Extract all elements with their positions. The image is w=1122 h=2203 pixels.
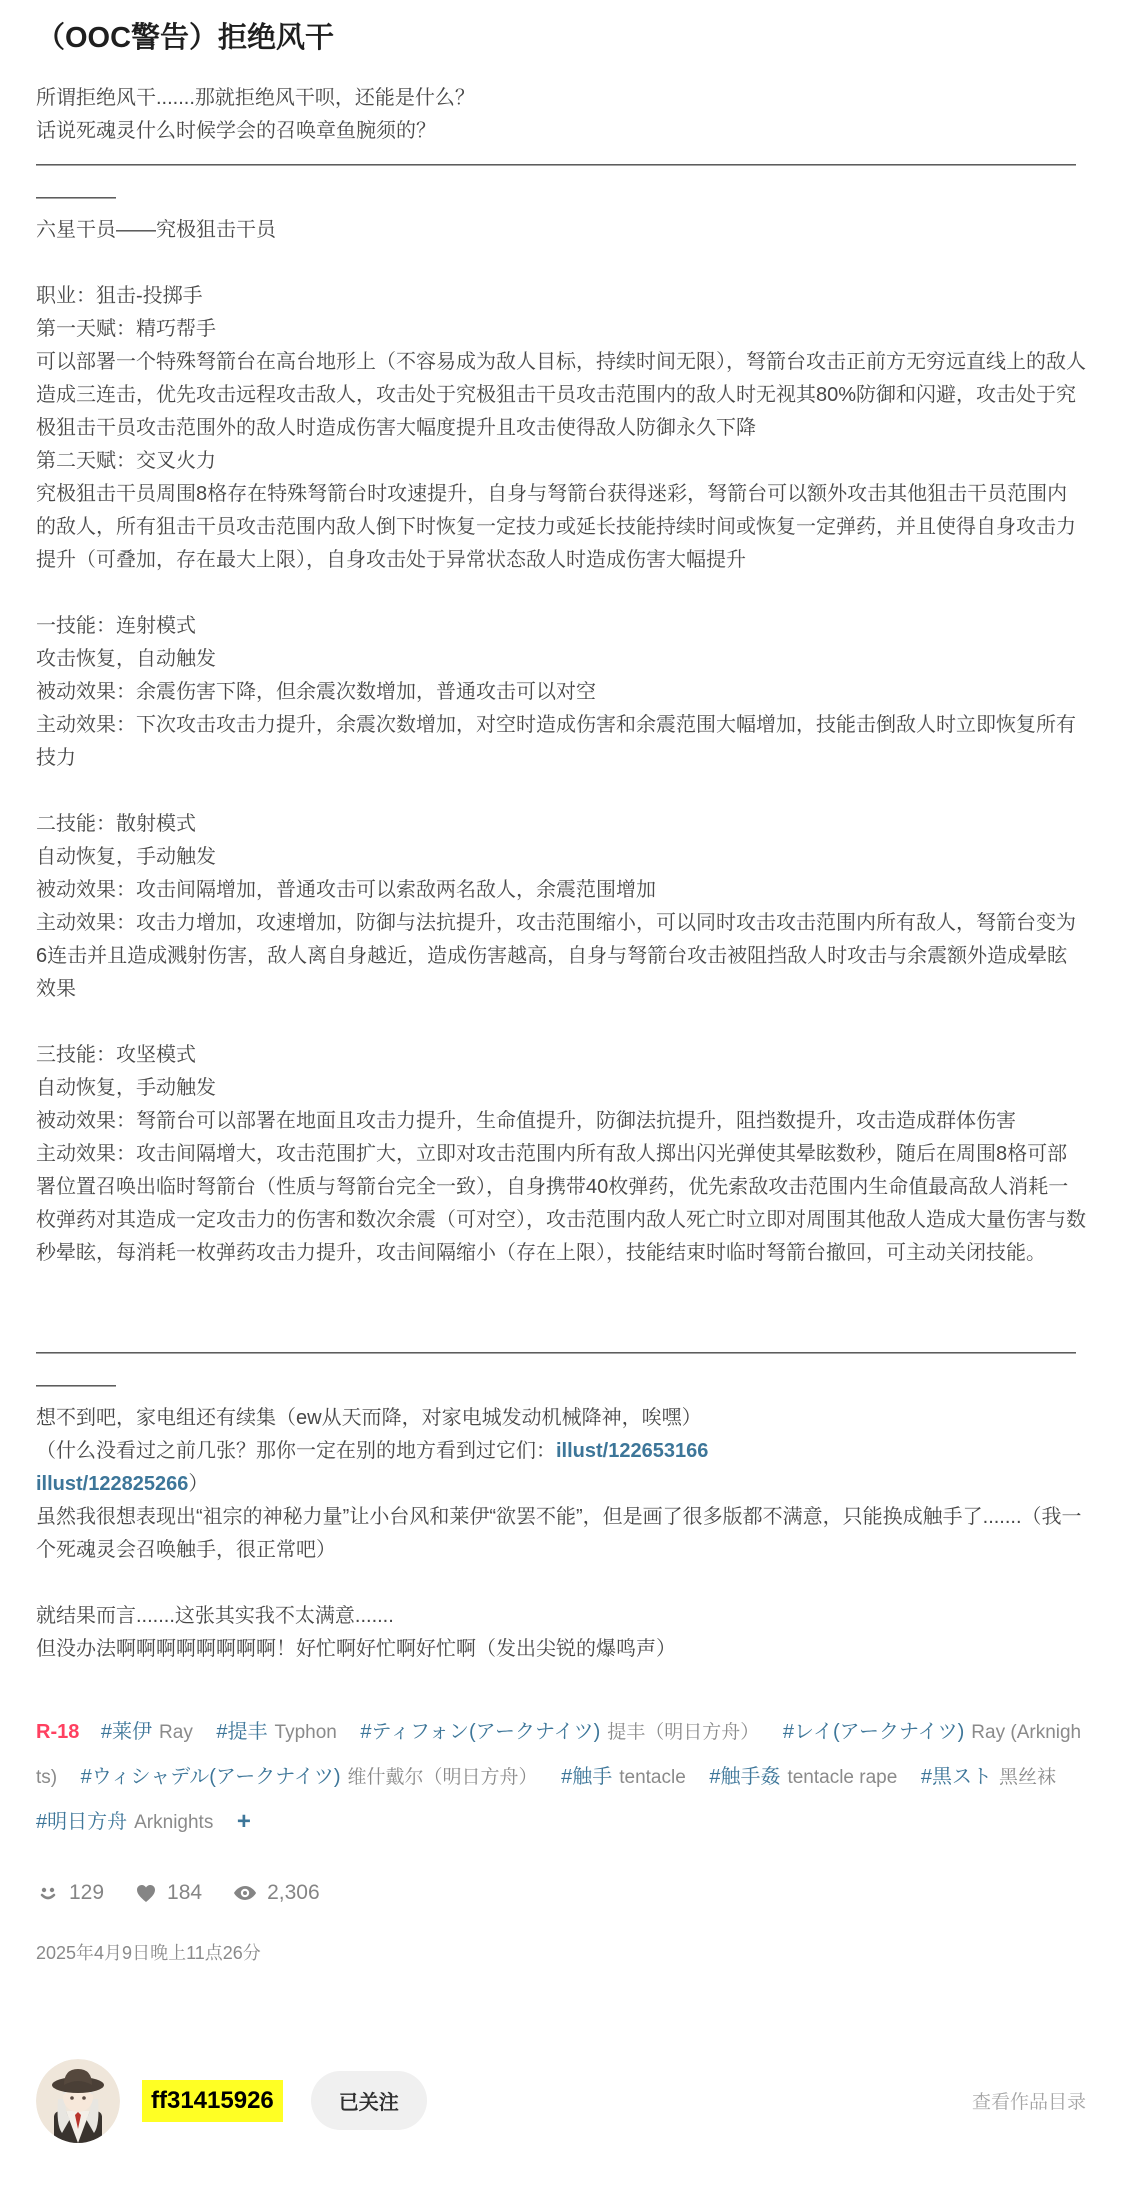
tag-link[interactable]: #レイ(アークナイツ) xyxy=(783,1721,964,1743)
view-works-link[interactable]: 查看作品目录 xyxy=(972,2087,1086,2114)
tag-translation: 维什戴尔（明日方舟） xyxy=(348,1767,538,1788)
tag-list: R-18 #莱伊Ray #提丰Typhon #ティフォン(アークナイツ)提丰（明… xyxy=(36,1710,1086,1845)
bookmarks-stat: 184 xyxy=(134,1881,202,1905)
tag-translation: Arknights xyxy=(134,1812,213,1833)
artwork-title: （OOC警告）拒绝风干 xyxy=(36,20,1086,58)
tag-translation: 提丰（明日方舟） xyxy=(607,1722,759,1743)
tag-translation: tentacle xyxy=(619,1767,686,1788)
illust-link-1[interactable]: illust/122653166 xyxy=(556,1440,708,1462)
artwork-detail-page: （OOC警告）拒绝风干 所谓拒绝风干.......那就拒绝风干呗，还能是什么？ … xyxy=(0,0,1122,2203)
tag-link[interactable]: #触手 xyxy=(561,1766,612,1788)
tag-link[interactable]: #ウィシャデル(アークナイツ) xyxy=(81,1766,341,1788)
tag-item: #明日方舟Arknights xyxy=(36,1811,213,1833)
tag-link[interactable]: #触手姦 xyxy=(709,1766,780,1788)
tag-link[interactable]: #提丰 xyxy=(216,1721,267,1743)
post-date: 2025年4月9日晚上11点26分 xyxy=(36,1939,1086,1965)
likes-stat: 129 xyxy=(36,1881,104,1905)
artwork-description: 所谓拒绝风干.......那就拒绝风干呗，还能是什么？ 话说死魂灵什么时候学会的… xyxy=(36,82,1086,1666)
tag-item: #提丰Typhon xyxy=(216,1721,336,1743)
smiley-like-icon xyxy=(36,1881,60,1905)
tag-link[interactable]: #明日方舟 xyxy=(36,1811,127,1833)
tag-translation: Typhon xyxy=(275,1722,337,1743)
eye-views-icon xyxy=(232,1881,258,1905)
views-stat: 2,306 xyxy=(232,1881,320,1905)
tag-item: #ティフォン(アークナイツ)提丰（明日方舟） xyxy=(360,1721,759,1743)
author-username[interactable]: ff31415926 xyxy=(142,2080,283,2122)
tag-translation: Ray xyxy=(159,1722,193,1743)
tag-item: #触手tentacle xyxy=(561,1766,686,1788)
author-row: ff31415926 已关注 查看作品目录 xyxy=(36,2059,1086,2143)
tag-item: #莱伊Ray xyxy=(101,1721,193,1743)
tag-link[interactable]: #ティフォン(アークナイツ) xyxy=(360,1721,600,1743)
tag-link[interactable]: #莱伊 xyxy=(101,1721,152,1743)
tag-items-container: #莱伊Ray #提丰Typhon #ティフォン(アークナイツ)提丰（明日方舟） … xyxy=(36,1721,1081,1833)
tag-link[interactable]: #黒スト xyxy=(921,1766,992,1788)
stats-row: 129 184 2,306 xyxy=(36,1881,1086,1905)
description-text-2: ） 虽然我很想表现出“祖宗的神秘力量”让小台风和莱伊“欲罢不能”，但是画了很多版… xyxy=(36,1473,1082,1660)
following-button[interactable]: 已关注 xyxy=(311,2071,427,2130)
heart-bookmark-icon xyxy=(134,1881,158,1905)
add-tag-button[interactable]: + xyxy=(237,1808,251,1835)
r18-badge[interactable]: R-18 xyxy=(36,1721,79,1743)
likes-count: 129 xyxy=(69,1881,104,1905)
illust-link-2[interactable]: illust/122825266 xyxy=(36,1473,188,1495)
bookmarks-count: 184 xyxy=(167,1881,202,1905)
description-text-1: 所谓拒绝风干.......那就拒绝风干呗，还能是什么？ 话说死魂灵什么时候学会的… xyxy=(36,87,1086,1462)
tag-translation: 黑丝袜 xyxy=(999,1767,1056,1788)
tag-item: #触手姦tentacle rape xyxy=(709,1766,897,1788)
tag-item: #ウィシャデル(アークナイツ)维什戴尔（明日方舟） xyxy=(81,1766,538,1788)
tag-translation: tentacle rape xyxy=(787,1767,897,1788)
tag-item: #黒スト黑丝袜 xyxy=(921,1766,1056,1788)
views-count: 2,306 xyxy=(267,1881,320,1905)
author-avatar[interactable] xyxy=(36,2059,120,2143)
